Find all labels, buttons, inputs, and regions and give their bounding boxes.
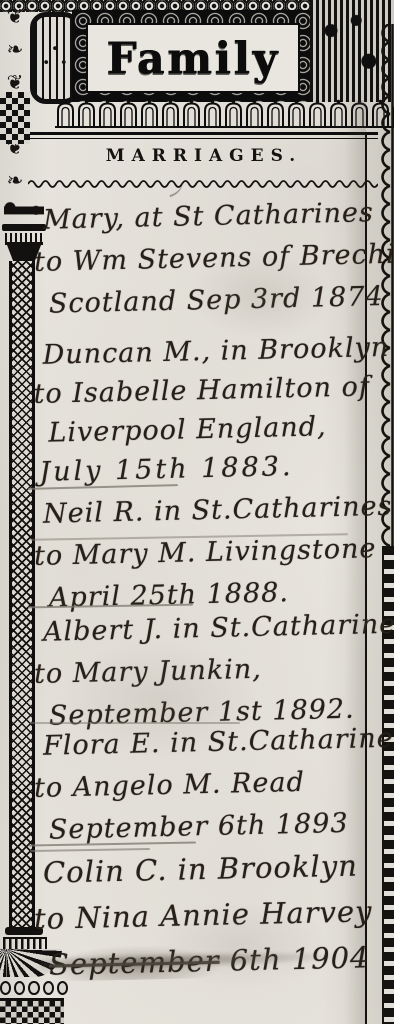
floral-ornament-icon: ❦ <box>7 72 24 92</box>
column-base-block <box>0 998 64 1024</box>
circle-ornament <box>14 981 25 995</box>
entry-line: Albert J. in St.Catharines <box>43 604 380 654</box>
circle-ornament <box>0 981 11 995</box>
section-heading: MARRIAGES. <box>30 146 378 166</box>
checker-ornament <box>0 92 30 144</box>
paper-stain <box>60 640 260 760</box>
floral-ornament-icon: ❧ <box>7 170 24 190</box>
marriage-entry: Neil R. in St.Catharines to Mary M. Livi… <box>33 486 382 620</box>
paper-stain <box>150 900 330 990</box>
family-title-panel: Family <box>86 23 300 93</box>
family-record-page: ❦ ❧ ❦ ❧ ❦ ❧ Family MARRIAGES. <box>0 0 394 1024</box>
floral-ornament-icon: ❦ <box>7 6 24 26</box>
floral-ornament-icon: ❧ <box>7 39 24 59</box>
entry-line: to Isabelle Hamilton of <box>33 367 380 414</box>
page-title: Family <box>106 32 280 83</box>
entry-line: July 15th 1883. <box>39 445 382 492</box>
column-lattice-shaft <box>9 261 35 927</box>
paper-stain <box>190 250 330 340</box>
wavy-rule-divider <box>28 176 378 190</box>
marriage-entry: Duncan M., in Brooklyn to Isabelle Hamil… <box>32 328 381 492</box>
family-title-frame: Family <box>72 10 310 102</box>
double-rule-divider <box>30 132 378 143</box>
